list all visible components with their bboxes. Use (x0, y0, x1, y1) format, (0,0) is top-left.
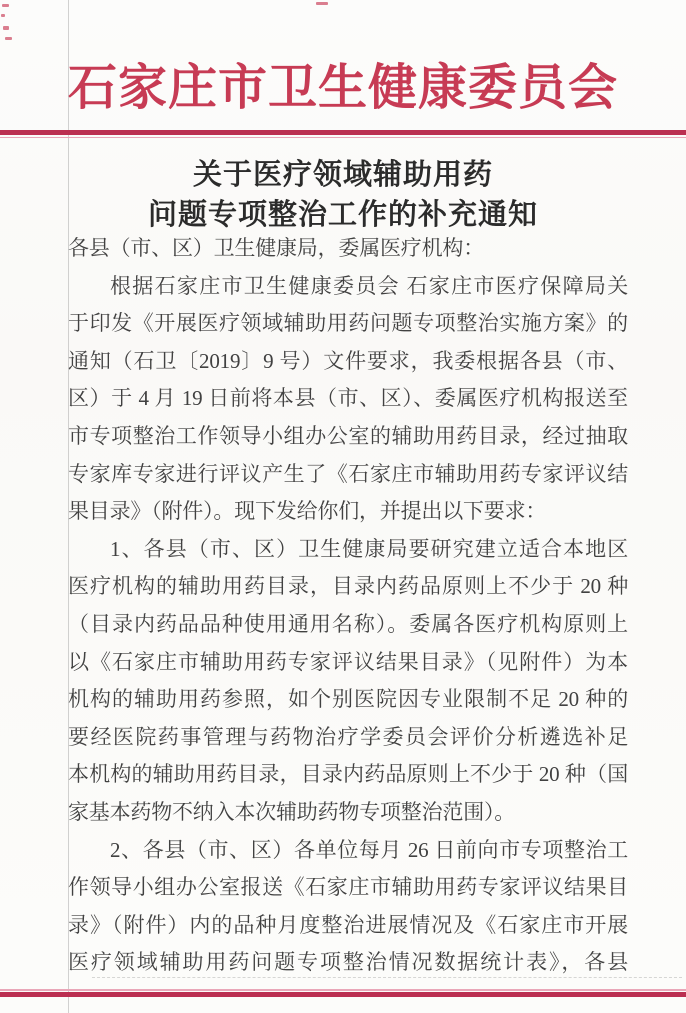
body-line: 家基本药物不纳入本次辅助药物专项整治范围）。 (68, 794, 628, 832)
scan-artifact (1, 14, 5, 17)
body-line: 作领导小组办公室报送《石家庄市辅助用药专家评议结果目 (68, 869, 628, 907)
document-body: 各县（市、区）卫生健康局，委属医疗机构：根据石家庄市卫生健康委员会 石家庄市医疗… (68, 230, 628, 982)
body-line: （目录内药品品种使用通用名称）。委属各医疗机构原则上 (68, 606, 628, 644)
body-line: 专家库专家进行评议产生了《石家庄市辅助用药专家评议结 (68, 456, 628, 494)
separator-thin-rule (0, 989, 686, 991)
body-line: 机构的辅助用药参照，如个别医院因专业限制不足 20 种的 (68, 681, 628, 719)
scan-artifact (5, 37, 12, 40)
scanned-notice-page: 石家庄市卫生健康委员会 关于医疗领域辅助用药 问题专项整治工作的补充通知 各县（… (0, 0, 686, 1013)
body-line: 录》（附件）内的品种月度整治进展情况及《石家庄市开展 (68, 907, 628, 945)
body-line: 本机构的辅助用药目录，目录内药品原则上不少于 20 种（国 (68, 756, 628, 794)
letterhead-separator-line (0, 130, 686, 138)
body-line: 市专项整治工作领导小组办公室的辅助用药目录，经过抽取 (68, 418, 628, 456)
separator-thick-rule (0, 992, 686, 997)
footer-separator-line (0, 989, 686, 997)
body-line: 于印发《开展医疗领域辅助用药问题专项整治实施方案》的 (68, 305, 628, 343)
separator-thin-rule (0, 137, 686, 139)
letterhead-org-name: 石家庄市卫生健康委员会 (0, 58, 686, 118)
body-line: 要经医院药事管理与药物治疗学委员会评价分析遴选补足 (68, 719, 628, 757)
body-line: 区）于 4 月 19 日前将本县（市、区）、委属医疗机构报送至 (68, 380, 628, 418)
scan-artifact (316, 2, 328, 5)
body-line: 1、各县（市、区）卫生健康局要研究建立适合本地区 (68, 531, 628, 569)
body-line: 以《石家庄市辅助用药专家评议结果目录》（见附件）为本 (68, 644, 628, 682)
body-line: 医疗机构的辅助用药目录，目录内药品原则上不少于 20 种 (68, 568, 628, 606)
scan-artifact (2, 4, 9, 7)
scan-artifact-dotted-line (92, 977, 682, 978)
scan-artifact (3, 26, 9, 30)
body-line: 各县（市、区）卫生健康局，委属医疗机构： (68, 230, 628, 268)
body-line: 根据石家庄市卫生健康委员会 石家庄市医疗保障局关 (68, 268, 628, 306)
body-line: 2、各县（市、区）各单位每月 26 日前向市专项整治工 (68, 832, 628, 870)
body-line: 通知（石卫〔2019〕9 号）文件要求，我委根据各县（市、 (68, 343, 628, 381)
body-line: 果目录》（附件）。现下发给你们，并提出以下要求： (68, 493, 628, 531)
document-title-line-1: 关于医疗领域辅助用药 (0, 155, 686, 195)
document-title: 关于医疗领域辅助用药 问题专项整治工作的补充通知 (0, 155, 686, 235)
separator-thick-rule (0, 130, 686, 135)
document-title-line-2: 问题专项整治工作的补充通知 (0, 195, 686, 235)
